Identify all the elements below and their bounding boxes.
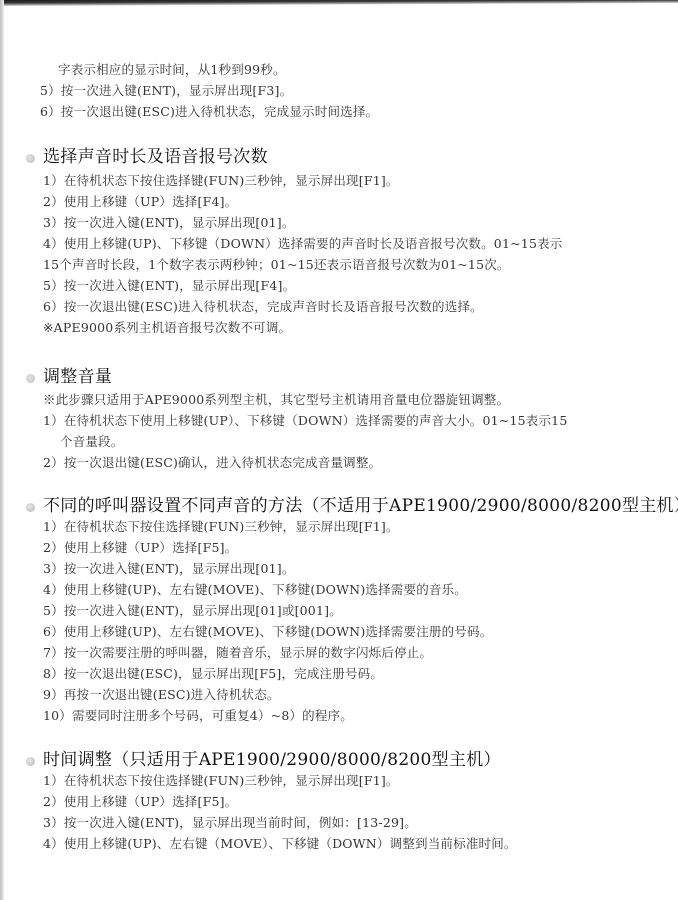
bullet-icon bbox=[26, 503, 35, 512]
section-heading: 调整音量 bbox=[43, 366, 112, 388]
step-line: 4）使用上移键(UP)、下移键（DOWN）选择需要的声音时长及语音报号次数。01… bbox=[43, 235, 563, 253]
step-line: 8）按一次退出键(ESC)，显示屏出现[F5]，完成注册号码。 bbox=[43, 665, 383, 683]
intro-line: 字表示相应的显示时间，从1秒到99秒。 bbox=[58, 61, 286, 79]
step-line: 2）使用上移键（UP）选择[F5]。 bbox=[43, 793, 237, 811]
intro-line: 6）按一次退出键(ESC)进入待机状态，完成显示时间选择。 bbox=[40, 103, 378, 121]
bullet-icon bbox=[26, 154, 35, 163]
step-line: 15个声音时长段，1个数字表示两秒钟；01~15还表示语音报号次数为01~15次… bbox=[43, 256, 510, 274]
section-heading: 不同的呼叫器设置不同声音的方法（不适用于APE1900/2900/8000/82… bbox=[43, 495, 678, 517]
step-line: 4）使用上移键(UP)、左右键（MOVE）、下移键（DOWN）调整到当前标准时间… bbox=[43, 835, 517, 853]
step-line: 3）按一次进入键(ENT)，显示屏出现[01]。 bbox=[43, 560, 295, 578]
step-line: 10）需要同时注册多个号码，可重复4）~8）的程序。 bbox=[43, 707, 353, 725]
step-line: 1）在待机状态下使用上移键(UP）、下移键（DOWN）选择需要的声音大小。01~… bbox=[43, 412, 567, 430]
step-line: 7）按一次需要注册的呼叫器，随着音乐，显示屏的数字闪烁后停止。 bbox=[43, 644, 432, 662]
note-line: ※此步骤只适用于APE9000系列型主机，其它型号主机请用音量电位器旋钮调整。 bbox=[43, 391, 509, 409]
step-line: 个音量段。 bbox=[60, 433, 124, 451]
step-line: 4）使用上移键(UP)、左右键(MOVE)、下移键(DOWN)选择需要的音乐。 bbox=[43, 581, 467, 599]
step-line: 3）按一次进入键(ENT)，显示屏出现当前时间，例如：[13-29]。 bbox=[43, 814, 417, 832]
section-heading: 时间调整（只适用于APE1900/2900/8000/8200型主机） bbox=[43, 749, 501, 771]
step-line: 1）在待机状态下按住选择键(FUN)三秒钟，显示屏出现[F1]。 bbox=[43, 518, 399, 536]
step-line: 6）按一次退出键(ESC)进入待机状态，完成声音时长及语音报号次数的选择。 bbox=[43, 298, 483, 316]
step-line: 1）在待机状态下按住选择键(FUN)三秒钟，显示屏出现[F1]。 bbox=[43, 772, 399, 790]
step-line: 2）按一次退出键(ESC)确认，进入待机状态完成音量调整。 bbox=[43, 454, 381, 472]
bullet-icon bbox=[26, 757, 35, 766]
step-line: 2）使用上移键（UP）选择[F4]。 bbox=[43, 193, 237, 211]
step-line: 6）使用上移键(UP)、左右键(MOVE)、下移键(DOWN)选择需要注册的号码… bbox=[43, 623, 492, 641]
scan-left-edge bbox=[0, 0, 4, 900]
bullet-icon bbox=[26, 374, 35, 383]
step-line: 5）按一次进入键(ENT)，显示屏出现[01]或[001]。 bbox=[43, 602, 342, 620]
step-line: 2）使用上移键（UP）选择[F5]。 bbox=[43, 539, 237, 557]
step-line: 3）按一次进入键(ENT)，显示屏出现[01]。 bbox=[43, 214, 295, 232]
step-line: 9）再按一次退出键(ESC)进入待机状态。 bbox=[43, 686, 280, 704]
scan-top-edge bbox=[0, 0, 678, 6]
note-line: ※APE9000系列主机语音报号次数不可调。 bbox=[43, 319, 291, 337]
intro-line: 5）按一次进入键(ENT)，显示屏出现[F3]。 bbox=[40, 82, 292, 100]
step-line: 5）按一次进入键(ENT)，显示屏出现[F4]。 bbox=[43, 277, 295, 295]
step-line: 1）在待机状态下按住选择键(FUN)三秒钟，显示屏出现[F1]。 bbox=[43, 172, 399, 190]
section-heading: 选择声音时长及语音报号次数 bbox=[43, 146, 268, 168]
